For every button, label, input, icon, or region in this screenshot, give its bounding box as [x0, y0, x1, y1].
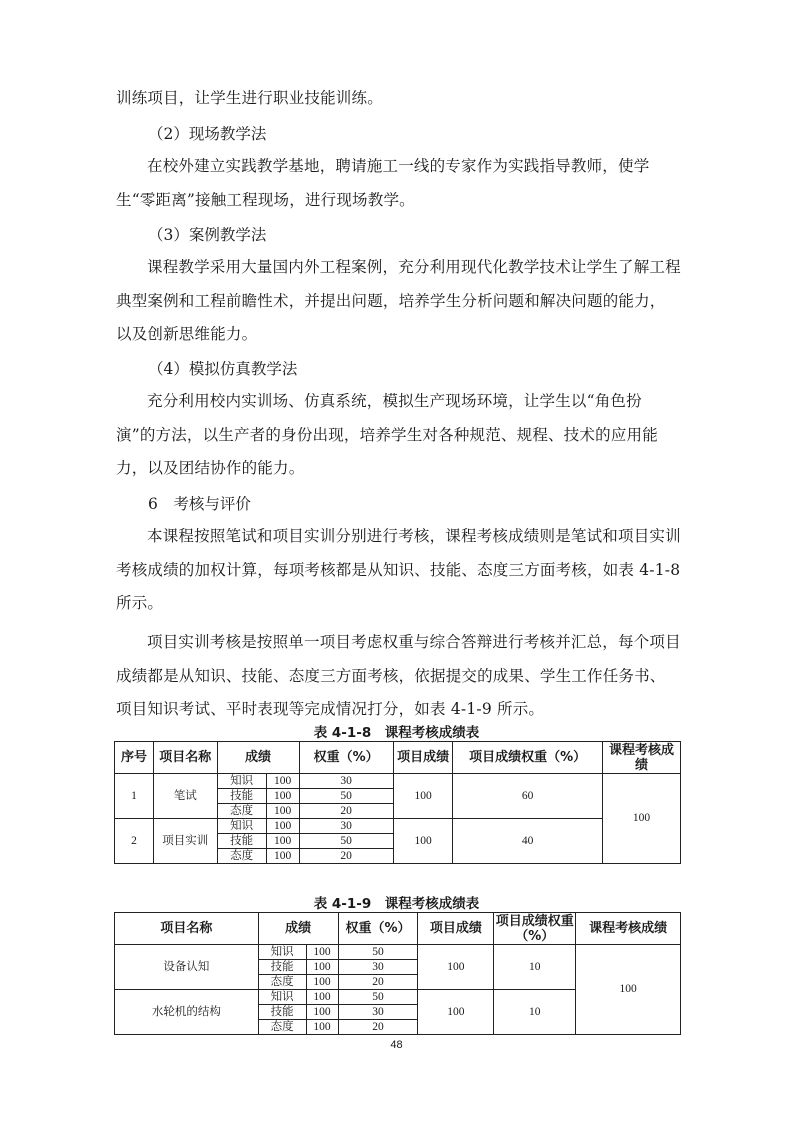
table-caption: 表 4-1-8 课程考核成绩表: [0, 721, 793, 741]
section-heading: （4）模拟仿真教学法: [148, 357, 297, 379]
header-score: 成绩: [217, 742, 299, 774]
course-total: 100: [576, 945, 681, 1035]
section-heading: （3）案例教学法: [148, 223, 266, 245]
assessment-table-4-1-9: 项目名称 成绩 权重（%） 项目成绩 项目成绩权重（%） 课程考核成绩 设备认知…: [114, 912, 681, 1035]
header-project-weight: 项目成绩权重（%）: [494, 913, 576, 945]
paragraph: 本课程按照笔试和项目实训分别进行考核，课程考核成绩则是笔试和项目实训考核成绩的加…: [116, 520, 681, 621]
table-caption: 表 4-1-9 课程考核成绩表: [0, 892, 793, 912]
header-project-score: 项目成绩: [418, 913, 494, 945]
header-weight: 权重（%）: [299, 742, 393, 774]
paragraph: 充分利用校内实训场、仿真系统，模拟生产现场环境，让学生以“角色扮演”的方法，以生…: [116, 385, 681, 486]
paragraph: 课程教学采用大量国内外工程案例，充分利用现代化教学技术让学生了解工程典型案例和工…: [116, 251, 681, 352]
header-no: 序号: [115, 742, 154, 774]
header-weight: 权重（%）: [338, 913, 418, 945]
table-row: 1 笔试 知识10030 100 60 100: [115, 774, 681, 789]
paragraph: 在校外建立实践教学基地，聘请施工一线的专家作为实践指导教师，使学生“零距离”接触…: [116, 150, 681, 217]
header-project-score: 项目成绩: [393, 742, 452, 774]
section-heading: 6 考核与评价: [148, 492, 251, 514]
header-name: 项目名称: [115, 913, 259, 945]
paragraph: 训练项目，让学生进行职业技能训练。: [116, 82, 681, 116]
paragraph: 项目实训考核是按照单一项目考虑权重与综合答辩进行考核并汇总，每个项目成绩都是从知…: [116, 626, 681, 727]
table-row: 2 项目实训 知识10030 100 40: [115, 819, 681, 834]
section-heading: （2）现场教学法: [148, 122, 266, 144]
header-course-score: 课程考核成绩: [603, 742, 681, 774]
page-number: 48: [0, 1039, 793, 1051]
table-row: 设备认知 知识10050 100 10 100: [115, 945, 681, 960]
header-project-weight: 项目成绩权重（%）: [453, 742, 603, 774]
header-score: 成绩: [258, 913, 338, 945]
assessment-table-4-1-8: 序号 项目名称 成绩 权重（%） 项目成绩 项目成绩权重（%） 课程考核成绩 1…: [114, 741, 681, 864]
header-course-score: 课程考核成绩: [576, 913, 681, 945]
course-total: 100: [603, 774, 681, 864]
header-name: 项目名称: [153, 742, 217, 774]
